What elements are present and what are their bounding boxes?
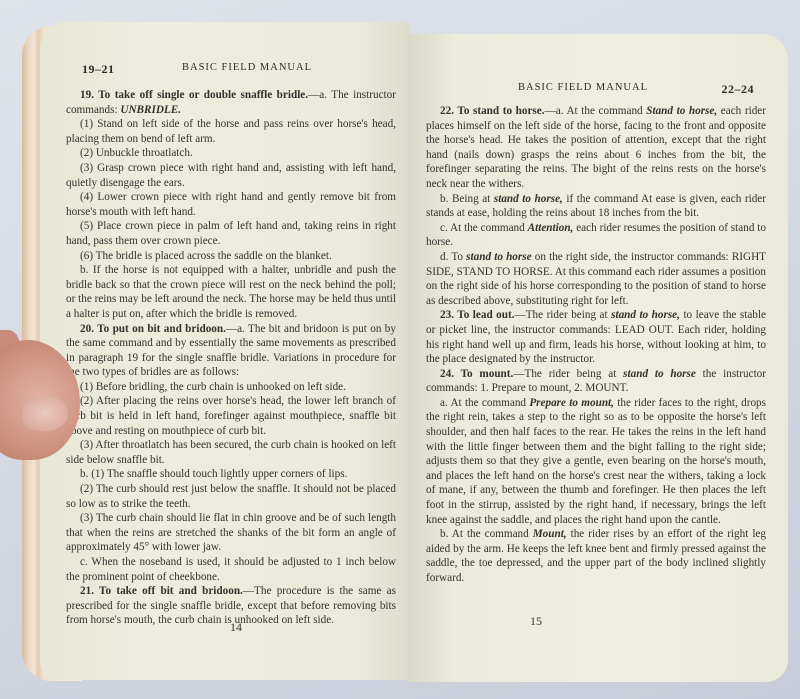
command-text: stand to horse — [466, 251, 531, 263]
command-text: UNBRIDLE. — [120, 104, 181, 116]
paragraph: (1) Before bridling, the curb chain is u… — [66, 380, 396, 395]
paragraph: (1) Stand on left side of the horse and … — [66, 117, 396, 146]
paragraph: 22. To stand to horse.—a. At the command… — [426, 104, 766, 192]
paragraph: (6) The bridle is placed across the sadd… — [66, 249, 396, 264]
page-number: 14 — [230, 620, 242, 635]
page-number: 15 — [530, 614, 542, 629]
paragraph: b. Being at stand to horse, if the comma… — [426, 192, 766, 221]
command-text: Prepare to mount, — [529, 397, 614, 409]
paragraph-heading: 20. To put on bit and bridoon. — [80, 323, 226, 335]
paragraph: b. (1) The snaffle should touch lightly … — [66, 467, 396, 482]
thumbnail — [22, 395, 68, 431]
paragraph: b. If the horse is not equipped with a h… — [66, 263, 396, 321]
section-range: 19–21 — [82, 62, 115, 77]
paragraph: b. At the command Mount, the rider rises… — [426, 527, 766, 585]
paragraph: d. To stand to horse on the right side, … — [426, 250, 766, 308]
paragraph: (2) Unbuckle throatlatch. — [66, 146, 396, 161]
command-text: Stand to horse, — [646, 105, 717, 117]
running-title: BASIC FIELD MANUAL — [518, 82, 648, 93]
paragraph-heading: 22. To stand to horse. — [440, 105, 545, 117]
command-text: stand to horse, — [494, 193, 563, 205]
command-text: stand to horse — [623, 368, 696, 380]
paragraph: (3) After throatlatch has been secured, … — [66, 438, 396, 467]
paragraph-heading: 19. To take off single or double snaffle… — [80, 89, 308, 101]
left-page-body: 19. To take off single or double snaffle… — [66, 88, 396, 628]
command-text: Mount, — [533, 528, 567, 540]
right-page-body: 22. To stand to horse.—a. At the command… — [426, 104, 766, 586]
paragraph: (4) Lower crown piece with right hand an… — [66, 190, 396, 219]
paragraph-heading: 24. To mount. — [440, 368, 513, 380]
paragraph-heading: 23. To lead out. — [440, 309, 515, 321]
command-text: stand to horse, — [611, 309, 680, 321]
paragraph: 23. To lead out.—The rider being at stan… — [426, 308, 766, 366]
paragraph: 19. To take off single or double snaffle… — [66, 88, 396, 117]
section-range: 22–24 — [722, 82, 755, 97]
paragraph: a. At the command Prepare to mount, the … — [426, 396, 766, 527]
paragraph: (2) After placing the reins over horse's… — [66, 394, 396, 438]
right-page: BASIC FIELD MANUAL 22–24 22. To stand to… — [408, 34, 788, 682]
paragraph: (3) Grasp crown piece with right hand an… — [66, 161, 396, 190]
paragraph: 24. To mount.—The rider being at stand t… — [426, 367, 766, 396]
running-title: BASIC FIELD MANUAL — [182, 62, 312, 73]
paragraph-heading: 21. To take off bit and bridoon. — [80, 585, 243, 597]
left-page: 19–21 BASIC FIELD MANUAL 19. To take off… — [40, 22, 410, 680]
paragraph: c. At the command Attention, each rider … — [426, 221, 766, 250]
paragraph: (3) The curb chain should lie flat in ch… — [66, 511, 396, 555]
paragraph: c. When the noseband is used, it should … — [66, 555, 396, 584]
command-text: Attention, — [528, 222, 574, 234]
open-book: 19–21 BASIC FIELD MANUAL 19. To take off… — [0, 0, 800, 699]
paragraph: (5) Place crown piece in palm of left ha… — [66, 219, 396, 248]
paragraph: (2) The curb should rest just below the … — [66, 482, 396, 511]
paragraph: 20. To put on bit and bridoon.—a. The bi… — [66, 322, 396, 380]
